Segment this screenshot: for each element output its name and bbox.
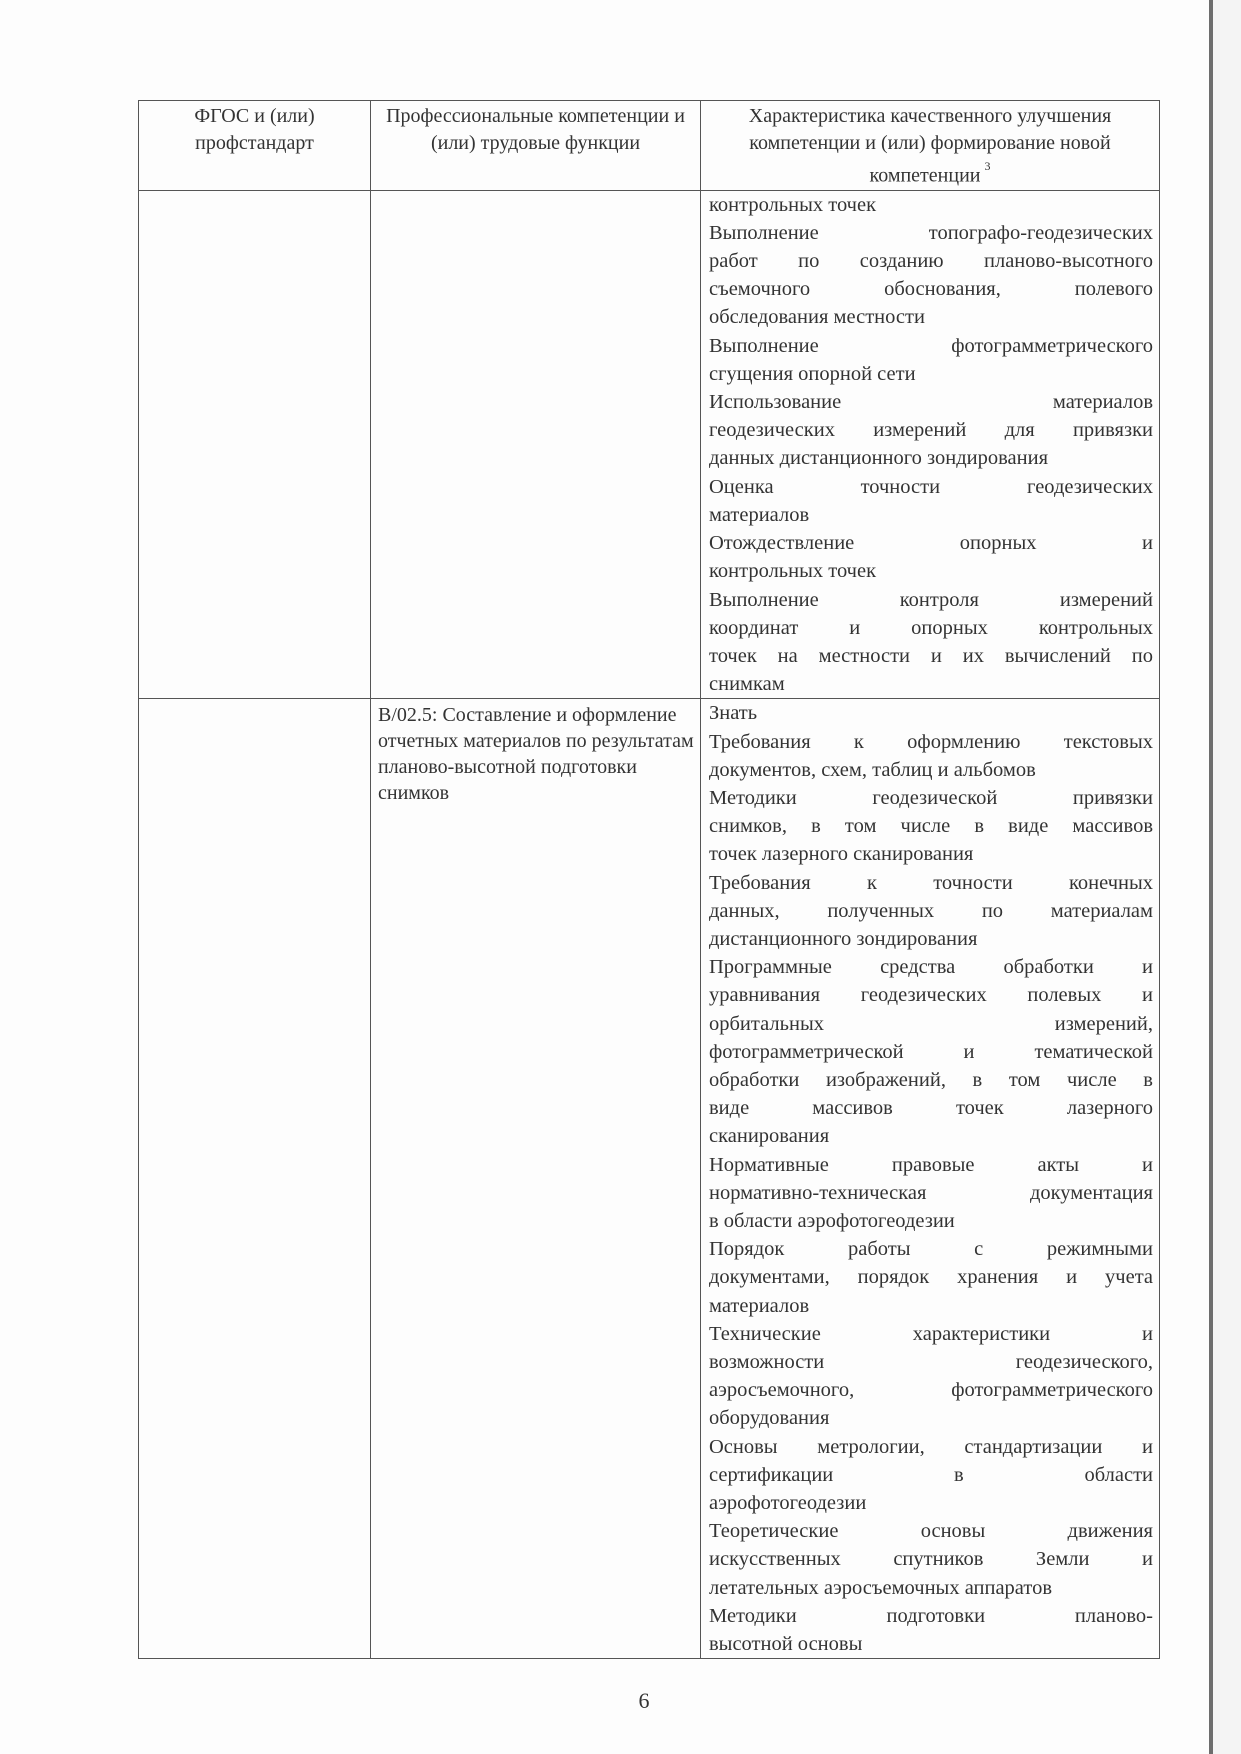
- text-line: Методики геодезической привязки: [709, 784, 1153, 812]
- text-line: Отождествление опорных и: [709, 529, 1153, 557]
- characteristic-text: ЗнатьТребования к оформлению текстовыхдо…: [701, 699, 1159, 1658]
- characteristic-text: контрольных точекВыполнение топографо-ге…: [701, 191, 1159, 699]
- text-line: контрольных точек: [709, 557, 1153, 585]
- text-line: в области аэрофотогеодезии: [709, 1207, 1153, 1235]
- text-line: Выполнение контроля измерений: [709, 586, 1153, 614]
- text-line: снимкам: [709, 670, 1153, 698]
- competency-table: ФГОС и (или) профстандарт Профессиональн…: [138, 100, 1160, 1659]
- scan-margin-shade: [1213, 0, 1241, 1754]
- table-header-row: ФГОС и (или) профстандарт Профессиональн…: [139, 101, 1160, 191]
- text-line: данных дистанционного зондирования: [709, 444, 1153, 472]
- text-line: координат и опорных контрольных: [709, 614, 1153, 642]
- text-line: Методики подготовки планово-: [709, 1602, 1153, 1630]
- text-line: документами, порядок хранения и учета: [709, 1263, 1153, 1291]
- text-line: орбитальных измерений,: [709, 1010, 1153, 1038]
- function-text: B/02.5: Составление и оформление отчетны…: [371, 699, 700, 806]
- text-line: Оценка точности геодезических: [709, 473, 1153, 501]
- cell-characteristic: контрольных точекВыполнение топографо-ге…: [701, 190, 1160, 699]
- text-line: контрольных точек: [709, 191, 1153, 219]
- table-row: B/02.5: Составление и оформление отчетны…: [139, 699, 1160, 1659]
- text-line: Нормативные правовые акты и: [709, 1151, 1153, 1179]
- text-line: аэросъемочного, фотограмметрического: [709, 1376, 1153, 1404]
- text-line: фотограмметрической и тематической: [709, 1038, 1153, 1066]
- text-line: нормативно-техническая документация: [709, 1179, 1153, 1207]
- text-line: Технические характеристики и: [709, 1320, 1153, 1348]
- text-line: уравнивания геодезических полевых и: [709, 981, 1153, 1009]
- cell-function: B/02.5: Составление и оформление отчетны…: [371, 699, 701, 1659]
- text-line: оборудования: [709, 1404, 1153, 1432]
- text-line: Выполнение фотограмметрического: [709, 332, 1153, 360]
- text-line: Порядок работы с режимными: [709, 1235, 1153, 1263]
- cell-function: [371, 190, 701, 699]
- text-line: виде массивов точек лазерного: [709, 1094, 1153, 1122]
- scanned-page: ФГОС и (или) профстандарт Профессиональн…: [0, 0, 1241, 1754]
- text-line: съемочного обоснования, полевого: [709, 275, 1153, 303]
- text-line: точек на местности и их вычислений по: [709, 642, 1153, 670]
- text-line: Выполнение топографо-геодезических: [709, 219, 1153, 247]
- text-line: снимков, в том числе в виде массивов: [709, 812, 1153, 840]
- cell-standard: [139, 190, 371, 699]
- header-characteristic-text: Характеристика качественного улучшения к…: [749, 105, 1111, 187]
- header-standard: ФГОС и (или) профстандарт: [139, 101, 371, 191]
- cell-standard: [139, 699, 371, 1659]
- cell-characteristic: ЗнатьТребования к оформлению текстовыхдо…: [701, 699, 1160, 1659]
- text-line: документов, схем, таблиц и альбомов: [709, 756, 1153, 784]
- header-characteristic: Характеристика качественного улучшения к…: [701, 101, 1160, 191]
- text-line: геодезических измерений для привязки: [709, 416, 1153, 444]
- text-line: Использование материалов: [709, 388, 1153, 416]
- text-line: искусственных спутников Земли и: [709, 1545, 1153, 1573]
- footnote-marker: 3: [985, 159, 991, 173]
- text-line: обследования местности: [709, 303, 1153, 331]
- function-text: [371, 191, 700, 194]
- text-line: аэрофотогеодезии: [709, 1489, 1153, 1517]
- text-line: Требования к точности конечных: [709, 869, 1153, 897]
- standard-text: [139, 191, 370, 194]
- text-line: Основы метрологии, стандартизации и: [709, 1433, 1153, 1461]
- text-line: Программные средства обработки и: [709, 953, 1153, 981]
- text-line: Требования к оформлению текстовых: [709, 728, 1153, 756]
- text-line: летательных аэросъемочных аппаратов: [709, 1574, 1153, 1602]
- header-competencies-text: Профессиональные компетенции и (или) тру…: [386, 105, 685, 154]
- text-line: высотной основы: [709, 1630, 1153, 1658]
- text-line: сертификации в области: [709, 1461, 1153, 1489]
- text-line: Теоретические основы движения: [709, 1517, 1153, 1545]
- text-line: точек лазерного сканирования: [709, 840, 1153, 868]
- header-standard-text: ФГОС и (или) профстандарт: [194, 105, 314, 154]
- text-line: работ по созданию планово-высотного: [709, 247, 1153, 275]
- standard-text: [139, 699, 370, 702]
- text-line: возможности геодезического,: [709, 1348, 1153, 1376]
- text-line: сгущения опорной сети: [709, 360, 1153, 388]
- text-line: материалов: [709, 1292, 1153, 1320]
- header-competencies: Профессиональные компетенции и (или) тру…: [371, 101, 701, 191]
- table-row: контрольных точекВыполнение топографо-ге…: [139, 190, 1160, 699]
- text-line: данных, полученных по материалам: [709, 897, 1153, 925]
- text-line: Знать: [709, 699, 1153, 727]
- text-line: материалов: [709, 501, 1153, 529]
- page-number: 6: [632, 1688, 656, 1714]
- text-line: дистанционного зондирования: [709, 925, 1153, 953]
- text-line: сканирования: [709, 1122, 1153, 1150]
- text-line: обработки изображений, в том числе в: [709, 1066, 1153, 1094]
